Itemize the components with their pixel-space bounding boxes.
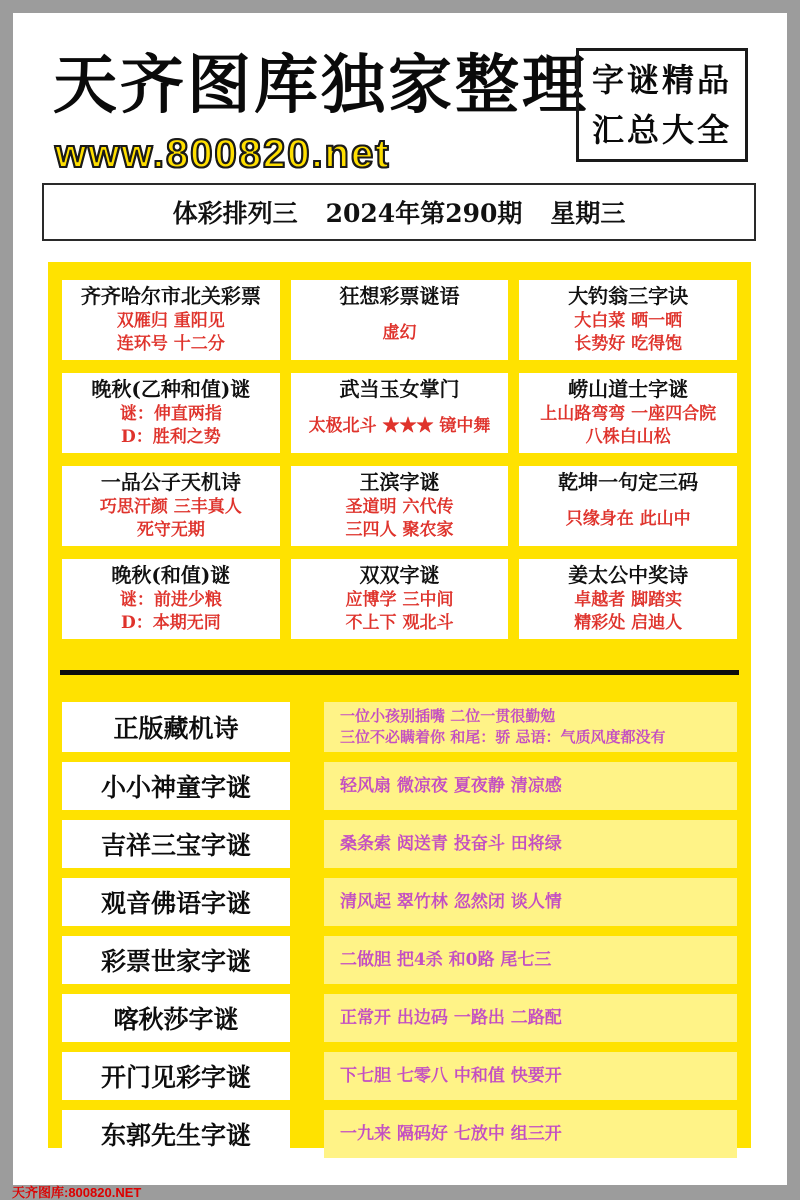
riddle-card: 大钓翁三字诀 大白菜 晒一晒 长势好 吃得饱: [519, 280, 737, 360]
series-row: 喀秋莎字谜 正常开 出边码 一路出 二路配: [62, 994, 737, 1042]
riddle-card-body: 上山路弯弯 一座四合院 八株白山松: [523, 403, 733, 449]
series-list: 正版藏机诗 一位小孩别插嘴 二位一贯很勤勉 三位不必瞒着你 和尾：骄 忌语：气质…: [48, 702, 751, 1158]
corner-badge-line1: 字谜精品: [592, 57, 732, 103]
riddle-card-line: 只缘身在 此山中: [523, 508, 733, 531]
series-line: 清风起 翠竹林 忽然闭 谈人情: [340, 891, 729, 914]
riddle-board: 齐齐哈尔市北关彩票 双雁归 重阳见 连环号 十二分 狂想彩票谜语 虚幻 大: [48, 262, 751, 1148]
issue-bar: 体彩排列三 2024年第290期 星期三: [42, 183, 756, 241]
series-row: 吉祥三宝字谜 桑条索 闼送青 投奋斗 田将绿: [62, 820, 737, 868]
riddle-card: 崂山道士字谜 上山路弯弯 一座四合院 八株白山松: [519, 373, 737, 453]
site-url[interactable]: www.800820.net: [55, 131, 391, 177]
riddle-card: 武当玉女掌门 太极北斗 ★★★ 镜中舞: [291, 373, 509, 453]
riddle-card-title: 狂想彩票谜语: [295, 283, 505, 310]
riddle-card-line: 太极北斗 ★★★ 镜中舞: [295, 415, 505, 438]
site-title: 天齐图库独家整理: [53, 43, 589, 127]
series-panel: 正常开 出边码 一路出 二路配: [324, 994, 737, 1042]
riddle-card-body: 双雁归 重阳见 连环号 十二分: [66, 310, 276, 356]
series-line: 桑条索 闼送青 投奋斗 田将绿: [340, 833, 729, 856]
riddle-card-body: 只缘身在 此山中: [523, 496, 733, 542]
series-panel: 桑条索 闼送青 投奋斗 田将绿: [324, 820, 737, 868]
series-title: 东郭先生字谜: [62, 1110, 290, 1158]
series-line: 下七胆 七零八 中和值 快要开: [340, 1065, 729, 1088]
riddle-card-line: 连环号 十二分: [66, 333, 276, 356]
riddle-card: 狂想彩票谜语 虚幻: [291, 280, 509, 360]
riddle-card-line: D：本期无同: [66, 612, 276, 635]
issue-number: 2024年第290期: [326, 194, 523, 230]
riddle-card-line: 三四人 聚农家: [295, 519, 505, 542]
corner-badge: 字谜精品 汇总大全: [576, 48, 748, 162]
riddle-card-body: 巧思汗颜 三丰真人 死守无期: [66, 496, 276, 542]
riddle-card-line: 长势好 吃得饱: [523, 333, 733, 356]
riddle-card-line: D：胜利之势: [66, 426, 276, 449]
riddle-card-title: 崂山道士字谜: [523, 376, 733, 403]
poster-page: 天齐图库独家整理 www.800820.net 字谜精品 汇总大全 体彩排列三 …: [13, 13, 787, 1185]
riddle-card: 一品公子天机诗 巧思汗颜 三丰真人 死守无期: [62, 466, 280, 546]
riddle-card-body: 太极北斗 ★★★ 镜中舞: [295, 403, 505, 449]
section-divider: [60, 670, 739, 675]
issue-weekday: 星期三: [550, 194, 625, 230]
series-line: 一九来 隔码好 七放中 组三开: [340, 1123, 729, 1146]
riddle-card-body: 虚幻: [295, 310, 505, 356]
riddle-card-body: 应博学 三中间 不上下 观北斗: [295, 589, 505, 635]
riddle-card-line: 巧思汗颜 三丰真人: [66, 496, 276, 519]
riddle-card-line: 卓越者 脚踏实: [523, 589, 733, 612]
issue-game-name: 体彩排列三: [173, 194, 298, 230]
riddle-card: 双双字谜 应博学 三中间 不上下 观北斗: [291, 559, 509, 639]
riddle-cards-grid: 齐齐哈尔市北关彩票 双雁归 重阳见 连环号 十二分 狂想彩票谜语 虚幻 大: [48, 262, 751, 639]
series-title: 彩票世家字谜: [62, 936, 290, 984]
riddle-card: 姜太公中奖诗 卓越者 脚踏实 精彩处 启迪人: [519, 559, 737, 639]
footer-site-url[interactable]: 天齐图库:800820.NET: [12, 1185, 141, 1200]
riddle-card-line: 双雁归 重阳见: [66, 310, 276, 333]
riddle-card-line: 精彩处 启迪人: [523, 612, 733, 635]
series-row: 开门见彩字谜 下七胆 七零八 中和值 快要开: [62, 1052, 737, 1100]
series-line: 正常开 出边码 一路出 二路配: [340, 1007, 729, 1030]
series-panel: 下七胆 七零八 中和值 快要开: [324, 1052, 737, 1100]
riddle-card-body: 谜：伸直两指 D：胜利之势: [66, 403, 276, 449]
series-line: 二做胆 把4杀 和0路 尾七三: [340, 949, 729, 972]
riddle-card-line: 虚幻: [295, 322, 505, 345]
riddle-card: 乾坤一句定三码 只缘身在 此山中: [519, 466, 737, 546]
series-line: 一位小孩别插嘴 二位一贯很勤勉: [340, 706, 729, 727]
riddle-card-line: 死守无期: [66, 519, 276, 542]
riddle-card-line: 八株白山松: [523, 426, 733, 449]
riddle-card-body: 圣道明 六代传 三四人 聚农家: [295, 496, 505, 542]
riddle-card-line: 应博学 三中间: [295, 589, 505, 612]
riddle-card-line: 不上下 观北斗: [295, 612, 505, 635]
series-row: 正版藏机诗 一位小孩别插嘴 二位一贯很勤勉 三位不必瞒着你 和尾：骄 忌语：气质…: [62, 702, 737, 752]
riddle-card-title: 姜太公中奖诗: [523, 562, 733, 589]
riddle-card-line: 谜：前进少粮: [66, 589, 276, 612]
riddle-card-line: 谜：伸直两指: [66, 403, 276, 426]
series-line: 轻风扇 微凉夜 夏夜静 清凉感: [340, 775, 729, 798]
series-title: 吉祥三宝字谜: [62, 820, 290, 868]
series-title: 正版藏机诗: [62, 702, 290, 752]
riddle-card-line: 大白菜 晒一晒: [523, 310, 733, 333]
riddle-card-title: 大钓翁三字诀: [523, 283, 733, 310]
riddle-card-body: 大白菜 晒一晒 长势好 吃得饱: [523, 310, 733, 356]
riddle-card: 晚秋(乙种和值)谜 谜：伸直两指 D：胜利之势: [62, 373, 280, 453]
footer-bar: 天齐图库:800820.NET: [0, 1185, 800, 1200]
riddle-card-title: 武当玉女掌门: [295, 376, 505, 403]
series-line: 三位不必瞒着你 和尾：骄 忌语：气质风度都没有: [340, 727, 729, 748]
series-title: 小小神童字谜: [62, 762, 290, 810]
series-title: 开门见彩字谜: [62, 1052, 290, 1100]
riddle-card: 王滨字谜 圣道明 六代传 三四人 聚农家: [291, 466, 509, 546]
series-row: 东郭先生字谜 一九来 隔码好 七放中 组三开: [62, 1110, 737, 1158]
riddle-card-title: 晚秋(和值)谜: [66, 562, 276, 589]
riddle-card-title: 一品公子天机诗: [66, 469, 276, 496]
series-panel: 一九来 隔码好 七放中 组三开: [324, 1110, 737, 1158]
corner-badge-line2: 汇总大全: [592, 107, 732, 153]
riddle-card-line: 上山路弯弯 一座四合院: [523, 403, 733, 426]
riddle-card-title: 王滨字谜: [295, 469, 505, 496]
series-title: 喀秋莎字谜: [62, 994, 290, 1042]
series-row: 观音佛语字谜 清风起 翠竹林 忽然闭 谈人情: [62, 878, 737, 926]
series-panel: 二做胆 把4杀 和0路 尾七三: [324, 936, 737, 984]
series-title: 观音佛语字谜: [62, 878, 290, 926]
series-row: 小小神童字谜 轻风扇 微凉夜 夏夜静 清凉感: [62, 762, 737, 810]
riddle-card-title: 双双字谜: [295, 562, 505, 589]
riddle-card: 齐齐哈尔市北关彩票 双雁归 重阳见 连环号 十二分: [62, 280, 280, 360]
riddle-card-title: 乾坤一句定三码: [523, 469, 733, 496]
riddle-card-title: 齐齐哈尔市北关彩票: [66, 283, 276, 310]
riddle-card: 晚秋(和值)谜 谜：前进少粮 D：本期无同: [62, 559, 280, 639]
riddle-card-line: 圣道明 六代传: [295, 496, 505, 519]
riddle-card-body: 谜：前进少粮 D：本期无同: [66, 589, 276, 635]
series-panel: 一位小孩别插嘴 二位一贯很勤勉 三位不必瞒着你 和尾：骄 忌语：气质风度都没有: [324, 702, 737, 752]
series-row: 彩票世家字谜 二做胆 把4杀 和0路 尾七三: [62, 936, 737, 984]
riddle-card-body: 卓越者 脚踏实 精彩处 启迪人: [523, 589, 733, 635]
series-panel: 清风起 翠竹林 忽然闭 谈人情: [324, 878, 737, 926]
riddle-card-title: 晚秋(乙种和值)谜: [66, 376, 276, 403]
series-panel: 轻风扇 微凉夜 夏夜静 清凉感: [324, 762, 737, 810]
